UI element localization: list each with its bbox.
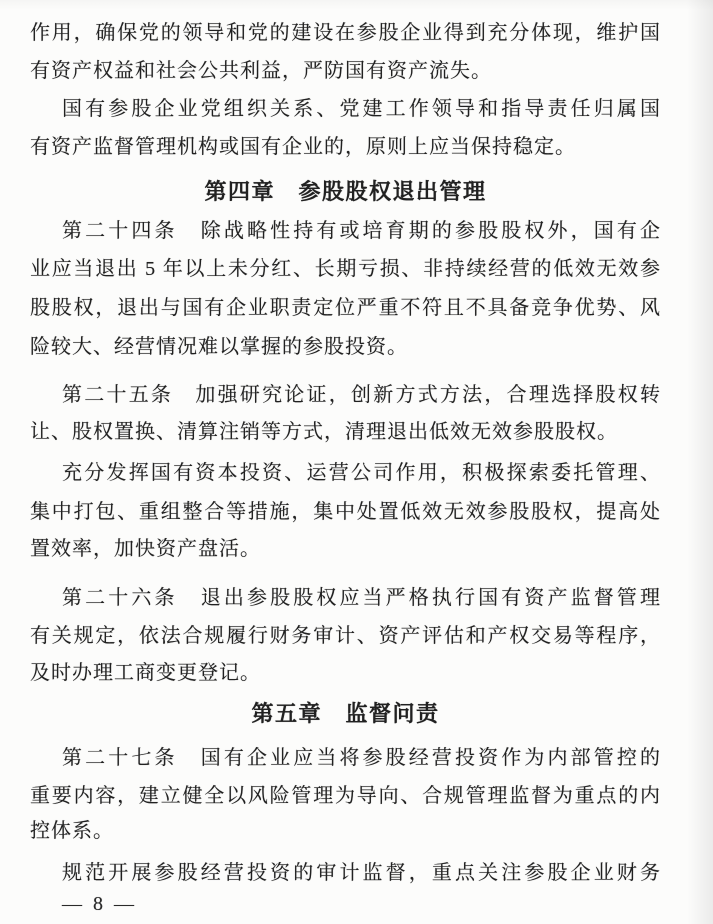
doc-line: 规范开展参股经营投资的审计监督，重点关注参股企业财务	[30, 854, 661, 892]
document-page: 作用，确保党的领导和党的建设在参股企业得到充分体现，维护国 有资产权益和社会公共…	[0, 0, 713, 924]
doc-line: 业应当退出 5 年以上未分红、长期亏损、非持续经营的低效无效参	[30, 250, 661, 288]
doc-line: 让、股权置换、清算注销等方式，清理退出低效无效参股股权。	[30, 413, 661, 451]
doc-line: 股股权，退出与国有企业职责定位严重不符且不具备竞争优势、风	[30, 289, 661, 327]
chapter-4-heading: 第四章 参股股权退出管理	[30, 173, 661, 211]
doc-line: 有资产监督管理机构或国有企业的，原则上应当保持稳定。	[30, 128, 661, 166]
doc-line: 重要内容，建立健全以风险管理为导向、合规管理监督为重点的内	[30, 777, 661, 815]
article-24-line: 第二十四条 除战略性持有或培育期的参股股权外，国有企	[30, 212, 661, 250]
doc-line: 作用，确保党的领导和党的建设在参股企业得到充分体现，维护国	[30, 14, 661, 52]
article-25-line: 第二十五条 加强研究论证，创新方式方法，合理选择股权转	[30, 376, 661, 414]
page-number: — 8 —	[62, 889, 137, 919]
doc-line: 及时办理工商变更登记。	[30, 654, 661, 692]
doc-line: 充分发挥国有资本投资、运营公司作用，积极探索委托管理、	[30, 454, 661, 492]
doc-line: 置效率，加快资产盘活。	[30, 530, 661, 568]
doc-line: 控体系。	[30, 812, 661, 850]
doc-line: 有关规定，依法合规履行财务审计、资产评估和产权交易等程序，	[30, 617, 661, 655]
doc-line: 有资产权益和社会公共利益，严防国有资产流失。	[30, 52, 661, 90]
article-27-line: 第二十七条 国有企业应当将参股经营投资作为内部管控的	[30, 739, 661, 777]
article-26-line: 第二十六条 退出参股股权应当严格执行国有资产监督管理	[30, 579, 661, 617]
doc-line: 集中打包、重组整合等措施，集中处置低效无效参股股权，提高处	[30, 493, 661, 531]
chapter-5-heading: 第五章 监督问责	[30, 695, 661, 733]
doc-line: 国有参股企业党组织关系、党建工作领导和指导责任归属国	[30, 90, 661, 128]
doc-line: 险较大、经营情况难以掌握的参股投资。	[30, 328, 661, 366]
